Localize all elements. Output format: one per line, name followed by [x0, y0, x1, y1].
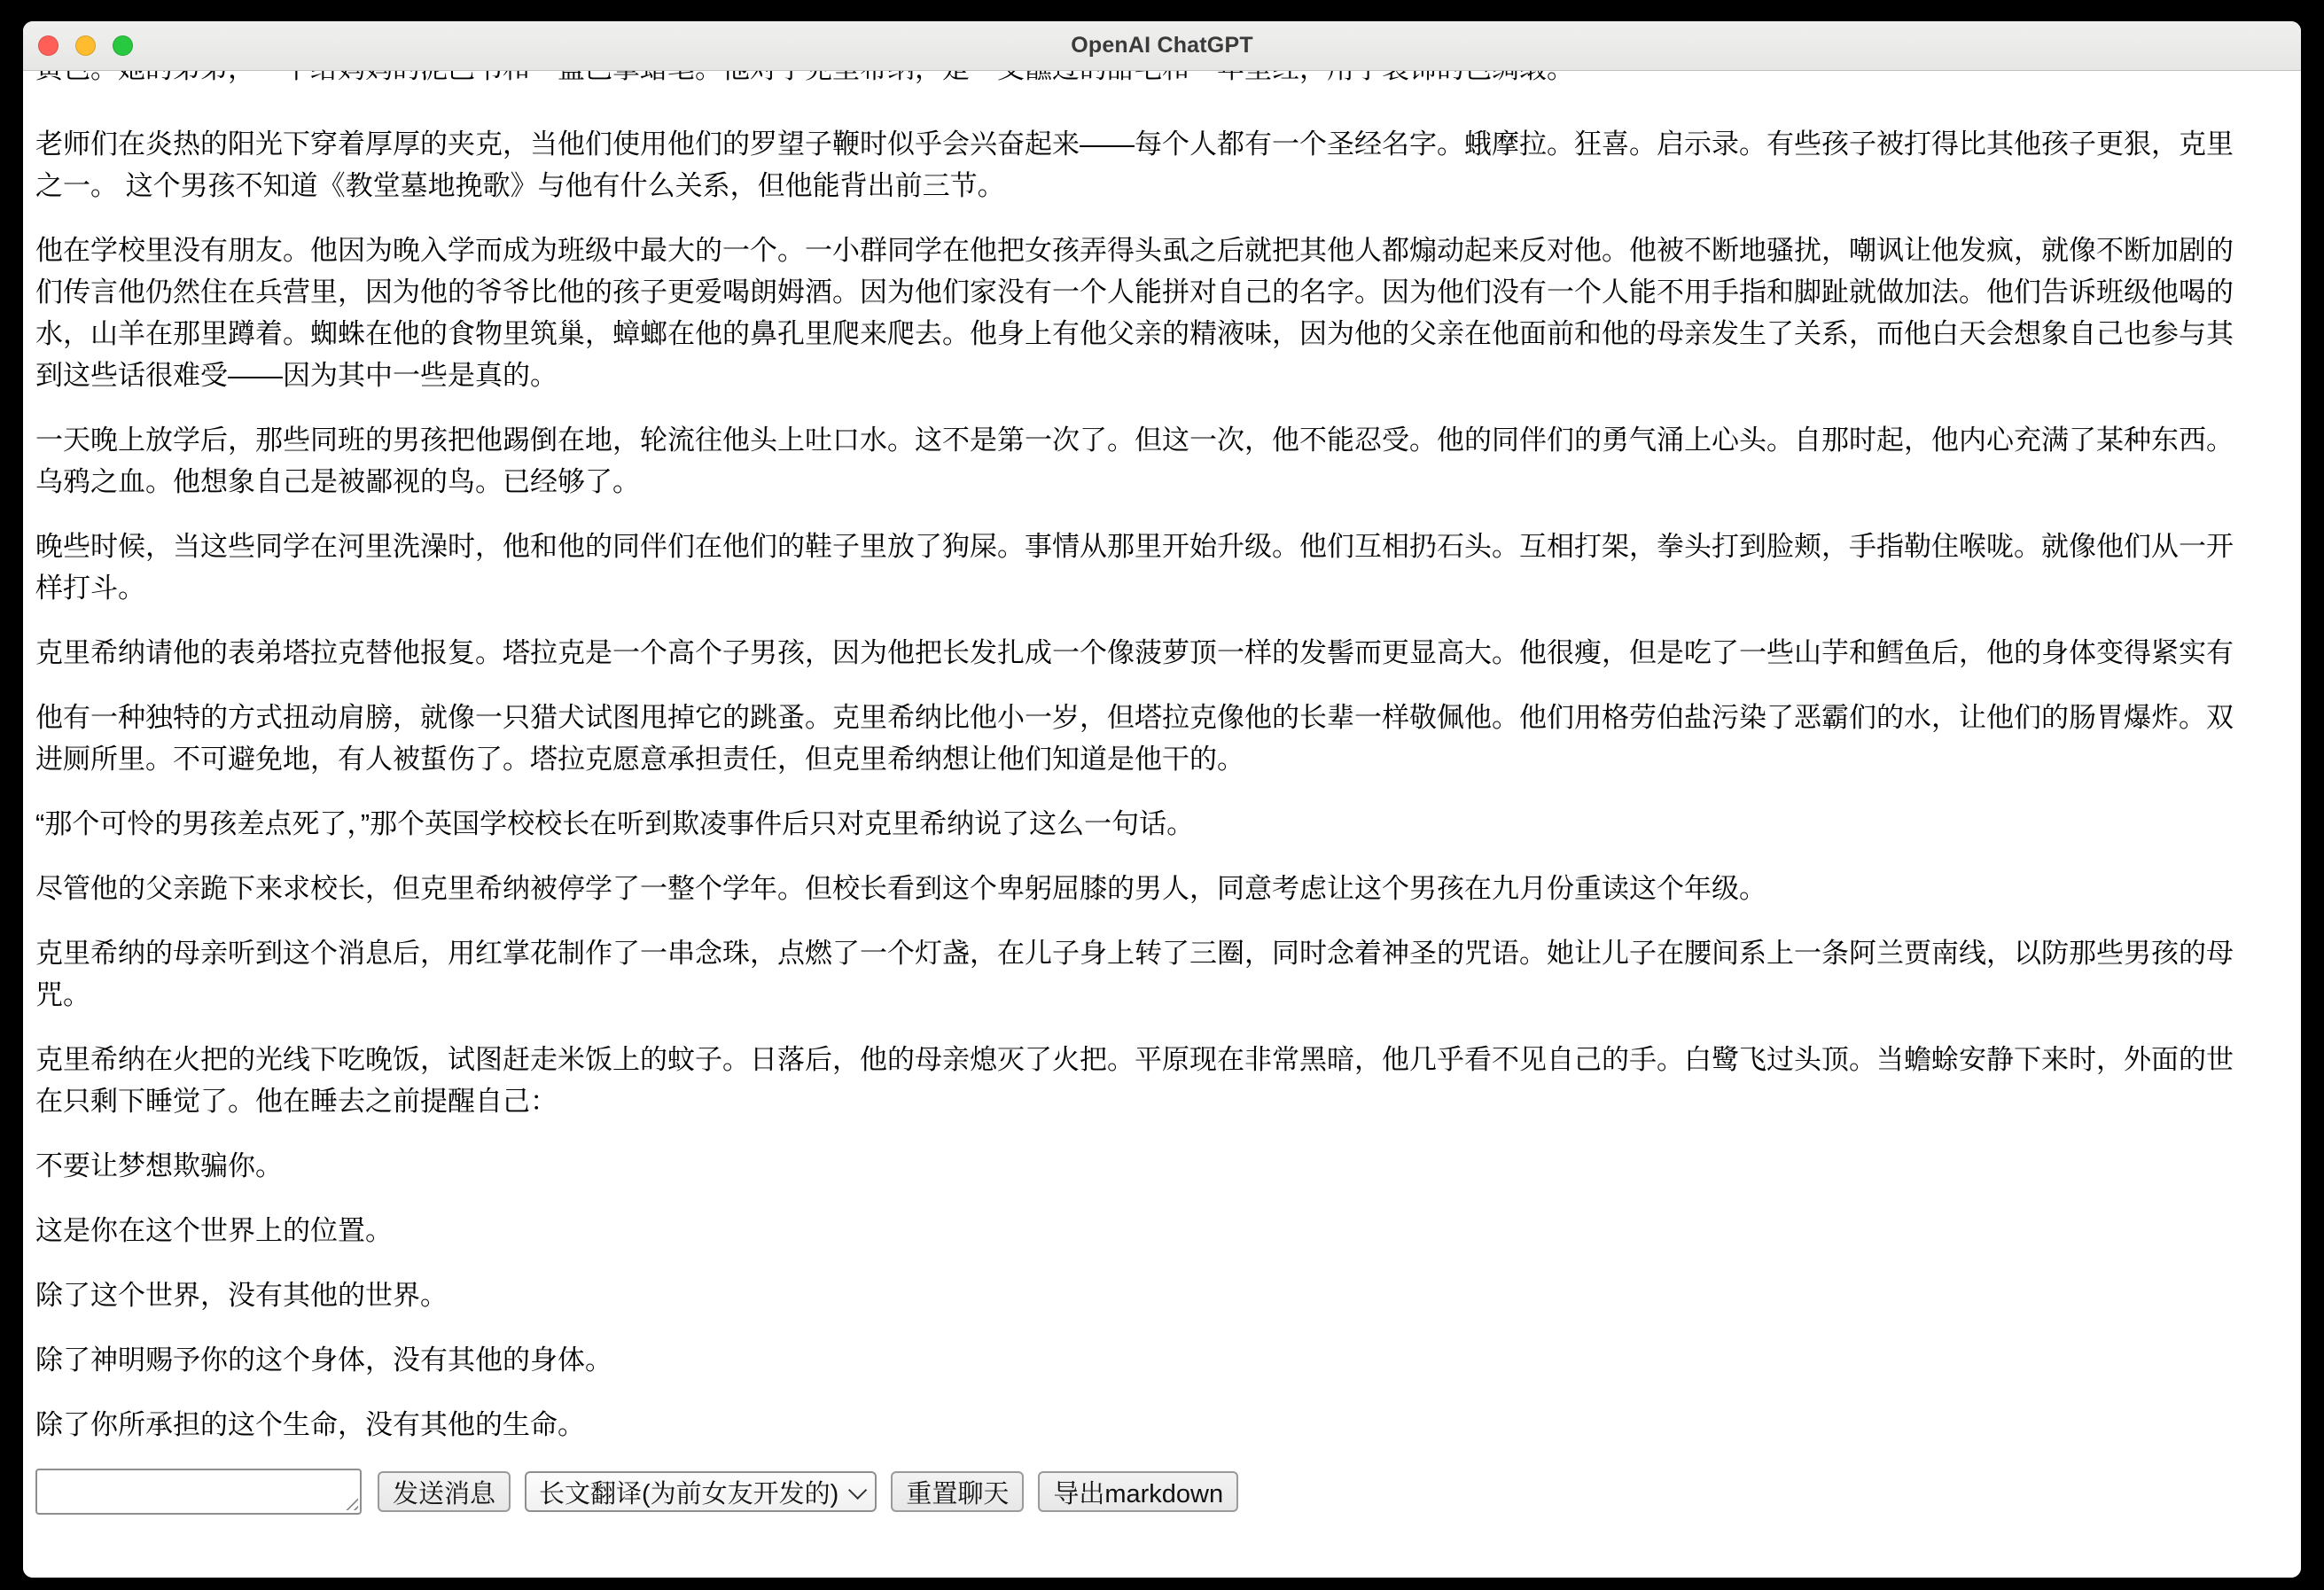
- paragraph: “那个可怜的男孩差点死了，”那个英国学校校长在听到欺凌事件后只对克里希纳说了这么…: [35, 803, 2301, 845]
- message-input[interactable]: [35, 1469, 362, 1515]
- chat-content: 黄色。她的弟弟，一个给妈妈的泥巴书和一盒巴掌蜡笔。他对于克里希纳，是一支蘸过的甜…: [23, 71, 2301, 1578]
- text-line: 在只剩下睡觉了。他在睡去之前提醒自己：: [35, 1080, 2301, 1122]
- text-line: “那个可怜的男孩差点死了，”那个英国学校校长在听到欺凌事件后只对克里希纳说了这么…: [35, 803, 2301, 845]
- export-markdown-button[interactable]: 导出markdown: [1038, 1471, 1238, 1512]
- chevron-down-icon: [848, 1480, 867, 1499]
- text-line: 一天晚上放学后，那些同班的男孩把他踢倒在地，轮流往他头上吐口水。这不是第一次了。…: [35, 419, 2301, 461]
- paragraph: 除了你所承担的这个生命，没有其他的生命。: [35, 1404, 2301, 1446]
- paragraph: 除了神明赐予你的这个身体，没有其他的身体。: [35, 1339, 2301, 1381]
- text-line: 尽管他的父亲跪下来求校长，但克里希纳被停学了一整个学年。但校长看到这个卑躬屈膝的…: [35, 868, 2301, 909]
- text-line: 样打斗。: [35, 567, 2301, 609]
- text-line: 不要让梦想欺骗你。: [35, 1145, 2301, 1187]
- text-line: 们传言他仍然住在兵营里，因为他的爷爷比他的孩子更爱喝朗姆酒。因为他们家没有一个人…: [35, 271, 2301, 313]
- text-line: 克里希纳请他的表弟塔拉克替他报复。塔拉克是一个高个子男孩，因为他把长发扎成一个像…: [35, 632, 2301, 674]
- paragraph: 克里希纳的母亲听到这个消息后，用红掌花制作了一串念珠，点燃了一个灯盏，在儿子身上…: [35, 932, 2301, 1016]
- text-line: 除了你所承担的这个生命，没有其他的生命。: [35, 1404, 2301, 1446]
- paragraph: 他有一种独特的方式扭动肩膀，就像一只猎犬试图甩掉它的跳蚤。克里希纳比他小一岁，但…: [35, 697, 2301, 780]
- text-line: 黄色。她的弟弟，一个给妈妈的泥巴书和一盒巴掌蜡笔。他对于克里希纳，是一支蘸过的甜…: [35, 71, 2301, 90]
- paragraph: 尽管他的父亲跪下来求校长，但克里希纳被停学了一整个学年。但校长看到这个卑躬屈膝的…: [35, 868, 2301, 909]
- document-body: 老师们在炎热的阳光下穿着厚厚的夹克，当他们使用他们的罗望子鞭时似乎会兴奋起来——…: [35, 123, 2301, 1446]
- window-title: OpenAI ChatGPT: [23, 33, 2301, 58]
- paragraph: 不要让梦想欺骗你。: [35, 1145, 2301, 1187]
- text-line: 进厕所里。不可避免地，有人被蜇伤了。塔拉克愿意承担责任，但克里希纳想让他们知道是…: [35, 738, 2301, 780]
- paragraph: 除了这个世界，没有其他的世界。: [35, 1274, 2301, 1316]
- reset-chat-button[interactable]: 重置聊天: [891, 1471, 1024, 1512]
- clipped-paragraph: 黄色。她的弟弟，一个给妈妈的泥巴书和一盒巴掌蜡笔。他对于克里希纳，是一支蘸过的甜…: [35, 71, 2301, 90]
- text-line: 老师们在炎热的阳光下穿着厚厚的夹克，当他们使用他们的罗望子鞭时似乎会兴奋起来——…: [35, 123, 2301, 165]
- text-line: 除了神明赐予你的这个身体，没有其他的身体。: [35, 1339, 2301, 1381]
- text-line: 这是你在这个世界上的位置。: [35, 1210, 2301, 1251]
- send-button[interactable]: 发送消息: [378, 1471, 511, 1512]
- text-line: 克里希纳的母亲听到这个消息后，用红掌花制作了一串念珠，点燃了一个灯盏，在儿子身上…: [35, 932, 2301, 974]
- mode-select[interactable]: 长文翻译(为前女友开发的): [525, 1471, 877, 1512]
- text-line: 他在学校里没有朋友。他因为晚入学而成为班级中最大的一个。一小群同学在他把女孩弄得…: [35, 230, 2301, 271]
- text-line: 他有一种独特的方式扭动肩膀，就像一只猎犬试图甩掉它的跳蚤。克里希纳比他小一岁，但…: [35, 697, 2301, 738]
- mode-select-value: 长文翻译(为前女友开发的): [539, 1474, 838, 1510]
- toolbar: 发送消息 长文翻译(为前女友开发的) 重置聊天 导出markdown: [35, 1469, 2301, 1515]
- paragraph: 克里希纳请他的表弟塔拉克替他报复。塔拉克是一个高个子男孩，因为他把长发扎成一个像…: [35, 632, 2301, 674]
- text-line: 晚些时候，当这些同学在河里洗澡时，他和他的同伴们在他们的鞋子里放了狗屎。事情从那…: [35, 526, 2301, 567]
- text-line: 到这些话很难受——因为其中一些是真的。: [35, 355, 2301, 396]
- titlebar: OpenAI ChatGPT: [23, 21, 2301, 71]
- paragraph: 一天晚上放学后，那些同班的男孩把他踢倒在地，轮流往他头上吐口水。这不是第一次了。…: [35, 419, 2301, 503]
- text-line: 咒。: [35, 974, 2301, 1016]
- paragraph: 晚些时候，当这些同学在河里洗澡时，他和他的同伴们在他们的鞋子里放了狗屎。事情从那…: [35, 526, 2301, 609]
- text-line: 乌鸦之血。他想象自己是被鄙视的鸟。已经够了。: [35, 461, 2301, 503]
- text-line: 之一。 这个男孩不知道《教堂墓地挽歌》与他有什么关系，但他能背出前三节。: [35, 165, 2301, 207]
- text-line: 克里希纳在火把的光线下吃晚饭，试图赶走米饭上的蚊子。日落后，他的母亲熄灭了火把。…: [35, 1039, 2301, 1080]
- app-window: OpenAI ChatGPT 黄色。她的弟弟，一个给妈妈的泥巴书和一盒巴掌蜡笔。…: [23, 21, 2301, 1578]
- paragraph: 克里希纳在火把的光线下吃晚饭，试图赶走米饭上的蚊子。日落后，他的母亲熄灭了火把。…: [35, 1039, 2301, 1122]
- text-line: 水，山羊在那里蹲着。蜘蛛在他的食物里筑巢，蟑螂在他的鼻孔里爬来爬去。他身上有他父…: [35, 313, 2301, 355]
- paragraph: 这是你在这个世界上的位置。: [35, 1210, 2301, 1251]
- message-input-wrapper: [35, 1469, 362, 1515]
- paragraph: 老师们在炎热的阳光下穿着厚厚的夹克，当他们使用他们的罗望子鞭时似乎会兴奋起来——…: [35, 123, 2301, 207]
- paragraph: 他在学校里没有朋友。他因为晚入学而成为班级中最大的一个。一小群同学在他把女孩弄得…: [35, 230, 2301, 396]
- text-line: 除了这个世界，没有其他的世界。: [35, 1274, 2301, 1316]
